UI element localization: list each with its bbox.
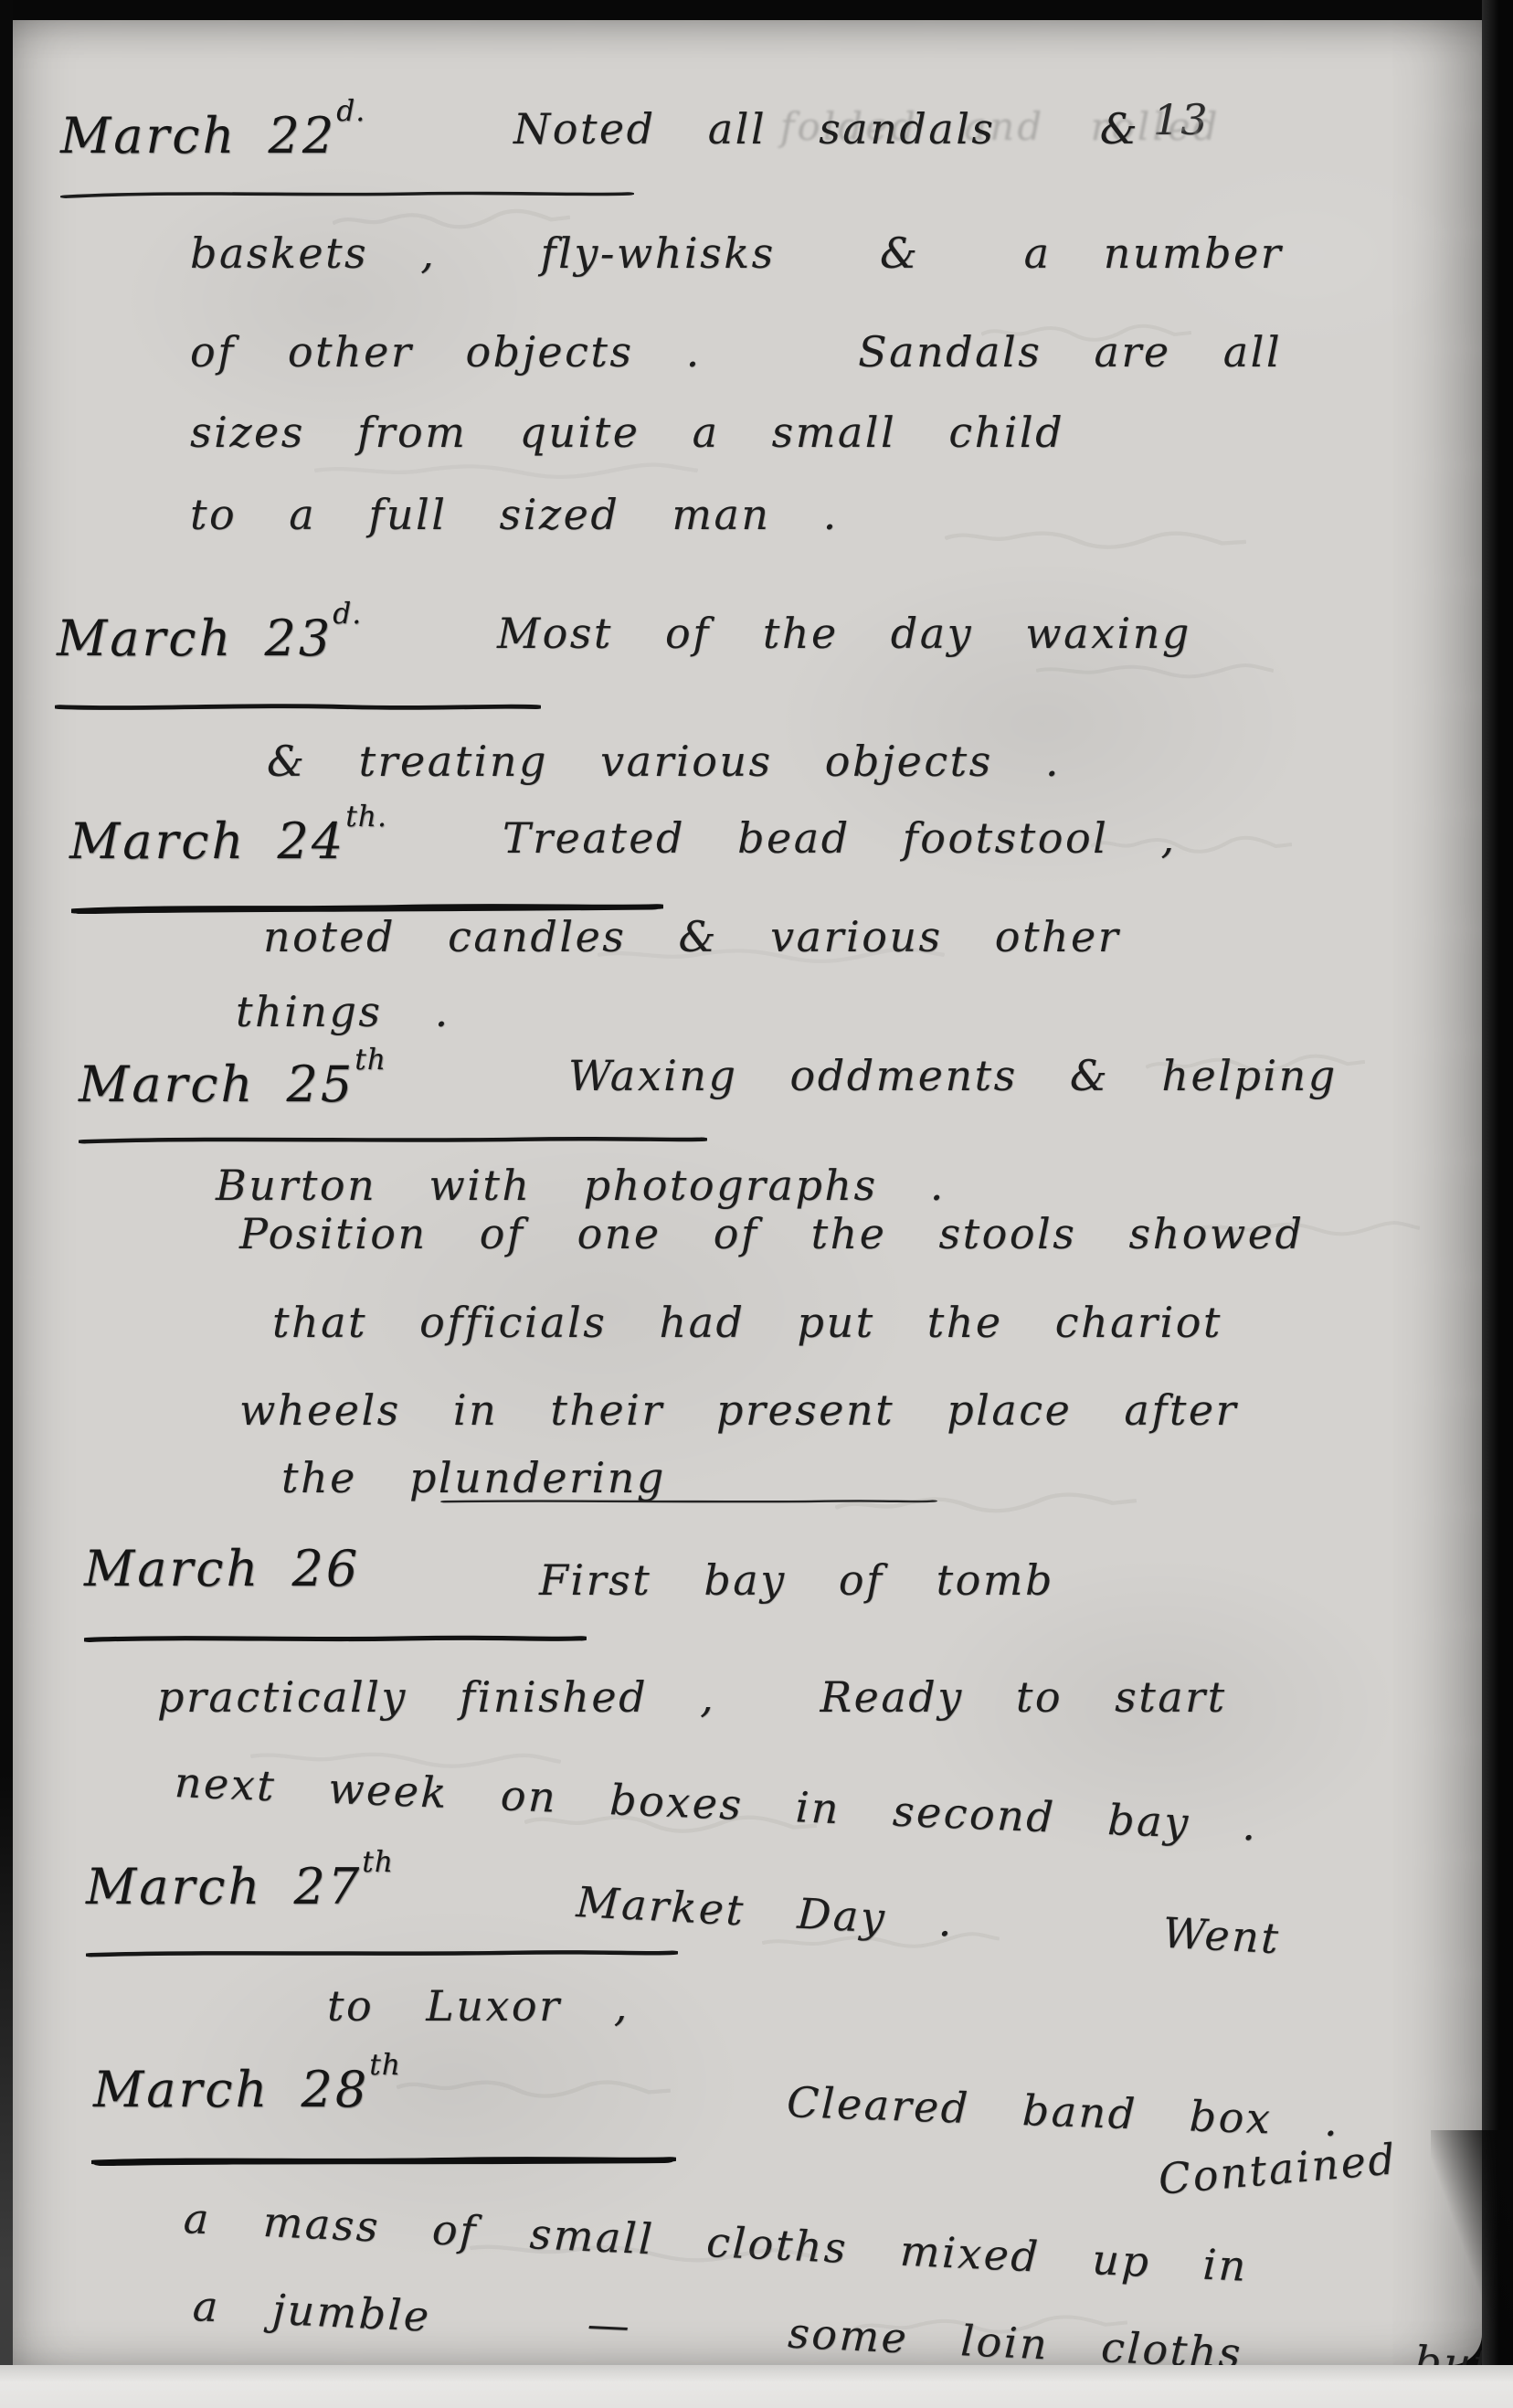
handwriting-line: things . xyxy=(236,991,450,1033)
scanned-diary-photo: 13 folded and rolled March 22d. Noted al… xyxy=(0,0,1513,2408)
entry-date: March 25th xyxy=(79,1060,386,1109)
handwriting-line: baskets , fly-whisks & a number xyxy=(190,232,1283,274)
entry-date-text: March 25 xyxy=(79,1055,354,1113)
date-underline xyxy=(55,698,541,713)
bleed-through-mark xyxy=(333,206,570,234)
date-underline xyxy=(79,1131,707,1146)
bleed-through-mark xyxy=(598,943,945,967)
entry-date-ordinal: d. xyxy=(336,95,365,128)
bleed-through-mark xyxy=(981,322,1191,344)
bleed-through-mark xyxy=(1036,660,1274,682)
date-underline xyxy=(86,1945,678,1959)
entry-date: March 27th xyxy=(86,1862,394,1912)
entry-date: March 28th xyxy=(93,2065,401,2115)
entry-date: March 26 xyxy=(84,1544,360,1594)
entry-date-text: March 24 xyxy=(69,812,345,870)
entry-date-text: March 26 xyxy=(84,1540,360,1597)
handwriting-line: sizes from quite a small child xyxy=(190,411,1064,453)
date-underline xyxy=(60,186,634,201)
handwriting-line: Burton with photographs . xyxy=(216,1164,946,1206)
handwriting-line: Position of one of the stools showed xyxy=(239,1213,1304,1255)
photo-left-border xyxy=(0,0,13,2367)
handwriting-line: Noted all sandals & xyxy=(513,108,1139,150)
handwriting-line: to Luxor , xyxy=(327,1985,630,2027)
entry-date-ordinal: d. xyxy=(333,598,362,631)
entry-date-ordinal: th. xyxy=(345,801,387,833)
handwriting-line: Contained xyxy=(1157,2137,1399,2201)
bleed-through-mark xyxy=(524,1809,817,1838)
handwriting-line: practically finished , Ready to start xyxy=(157,1676,1227,1718)
underlying-page-edge xyxy=(0,2365,1513,2408)
entry-date: March 22d. xyxy=(60,111,365,161)
handwriting-line: Cleared band box . xyxy=(786,2081,1340,2142)
book-spine-shadow xyxy=(1482,0,1513,2367)
photo-top-border xyxy=(0,0,1513,20)
entry-date-text: March 28 xyxy=(93,2061,369,2118)
entry-date-ordinal: th xyxy=(354,1044,386,1077)
bleed-through-mark xyxy=(1201,1217,1420,1239)
bleed-through-mark xyxy=(835,1489,1137,1518)
bleed-through-mark xyxy=(314,459,698,483)
page-corner-shadow xyxy=(1431,2130,1513,2368)
entry-date-text: March 27 xyxy=(86,1858,362,1915)
bleed-through-mark xyxy=(1091,833,1292,855)
bleed-through-mark xyxy=(945,525,1246,554)
handwriting-line: & treating various objects . xyxy=(267,740,1061,782)
date-underline xyxy=(91,2151,676,2166)
date-underline xyxy=(84,1630,587,1645)
handwriting-line: Most of the day waxing xyxy=(497,612,1191,654)
entry-date: March 24th. xyxy=(69,817,387,866)
bleed-through-mark xyxy=(1146,1051,1365,1077)
handwriting-line: First bay of tomb xyxy=(539,1559,1054,1601)
bleed-through-mark xyxy=(762,1928,1000,1955)
handwriting-line: wheels in their present place after xyxy=(239,1389,1238,1431)
handwriting-line: to a full sized man . xyxy=(190,493,839,536)
handwriting-line: the plundering xyxy=(281,1457,666,1499)
handwriting-line: Treated bead footstool , xyxy=(503,817,1177,859)
entry-date-text: March 23 xyxy=(57,610,333,667)
notebook-page: 13 folded and rolled March 22d. Noted al… xyxy=(13,20,1482,2365)
bleed-through-mark xyxy=(397,2074,671,2102)
handwriting-line: that officials had put the chariot xyxy=(272,1301,1222,1343)
entry-date-text: March 22 xyxy=(60,107,336,164)
entry-date-ordinal: th xyxy=(362,1846,394,1879)
entry-date: March 23d. xyxy=(57,614,362,663)
